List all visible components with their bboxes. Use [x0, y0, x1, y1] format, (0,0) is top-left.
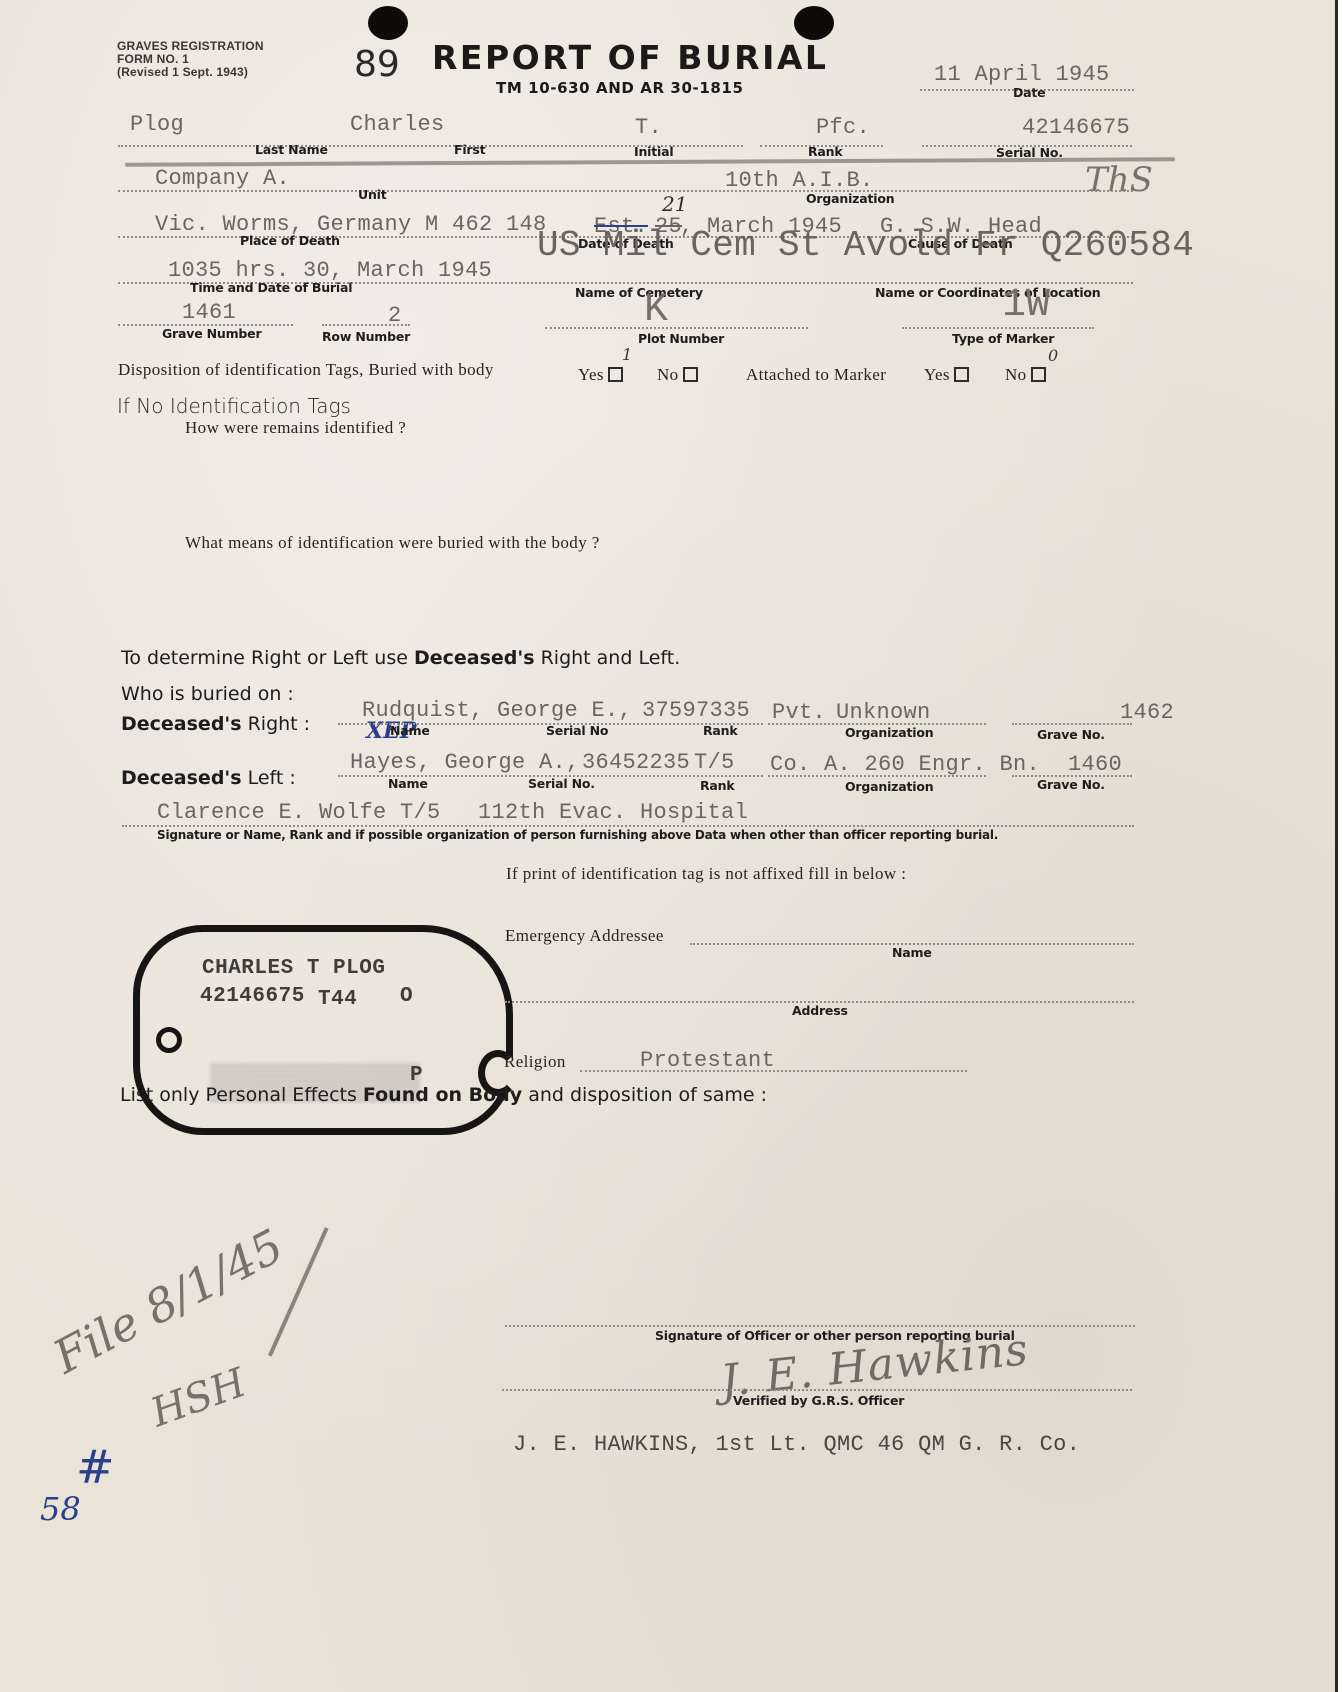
emergency-address-label: Address [792, 1003, 848, 1018]
emergency-addressee-label: Emergency Addressee [505, 926, 664, 946]
serial-no-value: 42146675 [1022, 115, 1130, 140]
right-col-organization-label: Organization [845, 725, 933, 740]
if-no-tags-heading: If No Identification Tags [117, 394, 351, 418]
grave-number-value: 1461 [182, 300, 236, 325]
buried-yes-label: Yes [578, 365, 604, 384]
who-buried-label: Who is buried on : [121, 683, 294, 705]
informant-name-rank: Clarence E. Wolfe T/5 [157, 800, 441, 825]
left-col-organization-label: Organization [845, 779, 933, 794]
grave-number-label: Grave Number [162, 326, 261, 341]
religion-line [580, 1070, 967, 1072]
dog-tag-tetanus: T44 [318, 988, 357, 1011]
buried-yes-option[interactable]: Yes [578, 365, 623, 385]
burial-time-date-label: Time and Date of Burial [190, 280, 352, 295]
dog-tag-hole [156, 1027, 182, 1053]
file-initials: HSH [145, 1360, 252, 1436]
informant-label: Signature or Name, Rank and if possible … [157, 828, 998, 842]
informant-line [122, 825, 1134, 827]
row-number-label: Row Number [322, 329, 410, 344]
attached-no-label: No [1005, 365, 1027, 384]
right-col-rank-label: Rank [703, 723, 737, 738]
buried-yes-mark: 1 [622, 345, 632, 364]
effects-bold: Found on Body [363, 1084, 522, 1106]
last-name-label: Last Name [255, 142, 328, 157]
initials-mark: ThS [1085, 160, 1153, 200]
attached-no-checkbox[interactable] [1031, 367, 1046, 382]
tags-disposition-row: Disposition of identification Tags, Buri… [118, 360, 494, 380]
left-grave-line-org [768, 775, 986, 777]
officer-typed-name: J. E. HAWKINS, 1st Lt. QMC 46 QM G. R. C… [513, 1432, 1080, 1457]
organization-label: Organization [806, 191, 894, 206]
plot-number-label: Plot Number [638, 331, 724, 346]
attached-marker-label: Attached to Marker [746, 365, 886, 385]
report-date-value: 11 April 1945 [934, 62, 1110, 87]
row-number-line [322, 324, 410, 326]
last-name-value: Plog [130, 112, 184, 137]
left-col-grave-label: Grave No. [1037, 777, 1105, 792]
left-col-serial-label: Serial No. [528, 776, 595, 791]
cemetery-name-label: Name of Cemetery [575, 285, 703, 300]
dog-tag-blood-type: O [400, 985, 413, 1008]
form-identifier: GRAVES REGISTRATION FORM NO. 1 (Revised … [117, 40, 264, 79]
place-of-death-value: Vic. Worms, Germany M 462 148 [155, 212, 547, 237]
initial-label: Initial [634, 144, 673, 159]
officer-signature-line [505, 1325, 1135, 1327]
burial-report-page: GRAVES REGISTRATION FORM NO. 1 (Revised … [0, 0, 1338, 1692]
corner-number: 58 [40, 1490, 81, 1528]
right-grave-rank: Pvt. [772, 700, 826, 725]
left-col-name-label: Name [388, 776, 428, 791]
plot-number-line [545, 327, 808, 329]
left-grave-number: 1460 [1068, 752, 1122, 777]
attached-no-option[interactable]: No [1005, 365, 1046, 385]
personal-effects-label: List only Personal Effects Found on Body… [120, 1084, 767, 1106]
marker-type-label: Type of Marker [952, 331, 1054, 346]
religion-label: Religion [504, 1052, 566, 1072]
emergency-name-label: Name [892, 945, 932, 960]
dog-tag-name: CHARLES T PLOG [202, 957, 385, 980]
initial-value: T. [635, 115, 662, 140]
unit-value: Company A. [155, 166, 290, 191]
left-side-bold: Deceased's [121, 767, 242, 789]
rank-label: Rank [808, 144, 842, 159]
verified-line [502, 1389, 1132, 1391]
dog-tag-serial: 42146675 [200, 985, 305, 1008]
first-name-value: Charles [350, 112, 445, 137]
left-side-text: Left : [242, 767, 296, 789]
right-grave-serial: 37597335 [642, 698, 750, 723]
right-grave-organization: Unknown [836, 700, 931, 725]
attached-yes-checkbox[interactable] [954, 367, 969, 382]
left-grave-organization: Co. A. 260 Engr. Bn. [770, 752, 1040, 777]
left-grave-name: Hayes, George A., [350, 750, 580, 775]
corner-hash-mark: # [76, 1440, 115, 1494]
punch-hole-right [794, 6, 834, 40]
page-subtitle: TM 10-630 AND AR 30-1815 [496, 79, 743, 97]
punch-hole-left [368, 6, 408, 40]
attached-yes-option[interactable]: Yes [924, 365, 969, 385]
instruction-post: Right and Left. [535, 647, 681, 669]
file-note: File 8/1/45 [45, 1218, 292, 1384]
location-label: Name or Coordinates of Location [875, 285, 1101, 300]
left-grave-serial: 36452235 [582, 750, 690, 775]
right-side-bold: Deceased's [121, 713, 242, 735]
instruction-pre: To determine Right or Left use [121, 647, 414, 669]
informant-organization: 112th Evac. Hospital [478, 800, 748, 825]
left-grave-rank: T/5 [694, 750, 735, 775]
left-right-instruction: To determine Right or Left use Deceased'… [121, 647, 680, 669]
right-col-name-label: Name [390, 723, 430, 738]
right-col-serial-label: Serial No [546, 723, 608, 738]
rank-value: Pfc. [816, 115, 870, 140]
left-side-label: Deceased's Left : [121, 767, 296, 789]
instruction-bold: Deceased's [414, 647, 535, 669]
verified-label: Verified by G.R.S. Officer [733, 1393, 904, 1408]
buried-no-checkbox[interactable] [683, 367, 698, 382]
effects-post: and disposition of same : [522, 1084, 767, 1106]
page-title: REPORT OF BURIAL [432, 38, 828, 77]
tag-fill-instruction: If print of identification tag is not af… [506, 864, 906, 884]
attached-no-mark: 0 [1048, 346, 1058, 365]
means-buried-question: What means of identification were buried… [185, 533, 600, 553]
date-of-death-correction: 21 [662, 192, 687, 216]
left-col-rank-label: Rank [700, 778, 734, 793]
right-side-text: Right : [242, 713, 311, 735]
how-identified-question: How were remains identified ? [185, 418, 406, 438]
tags-disposition-label: Disposition of identification Tags, Buri… [118, 360, 494, 379]
buried-no-option[interactable]: No [657, 365, 698, 385]
cemetery-name-value: US Mil Cem St Avold Fr Q260584 [537, 225, 1194, 266]
buried-no-label: No [657, 365, 679, 384]
right-grave-line-number [1012, 723, 1132, 725]
right-col-grave-label: Grave No. [1037, 727, 1105, 742]
unit-line [118, 190, 1133, 192]
report-date-label: Date [1013, 85, 1045, 100]
unit-label: Unit [358, 187, 387, 202]
marker-type-value: 1W [1002, 283, 1050, 328]
first-name-label: First [454, 142, 485, 157]
right-side-label: Deceased's Right : [121, 713, 310, 735]
attached-yes-label: Yes [924, 365, 950, 384]
right-grave-number: 1462 [1120, 700, 1174, 725]
form-revision: (Revised 1 Sept. 1943) [117, 66, 264, 79]
effects-pre: List only Personal Effects [120, 1084, 363, 1106]
place-of-death-label: Place of Death [240, 233, 340, 248]
buried-yes-checkbox[interactable] [608, 367, 623, 382]
stamp-number: 89 [354, 44, 400, 85]
marker-type-line [902, 327, 1094, 329]
